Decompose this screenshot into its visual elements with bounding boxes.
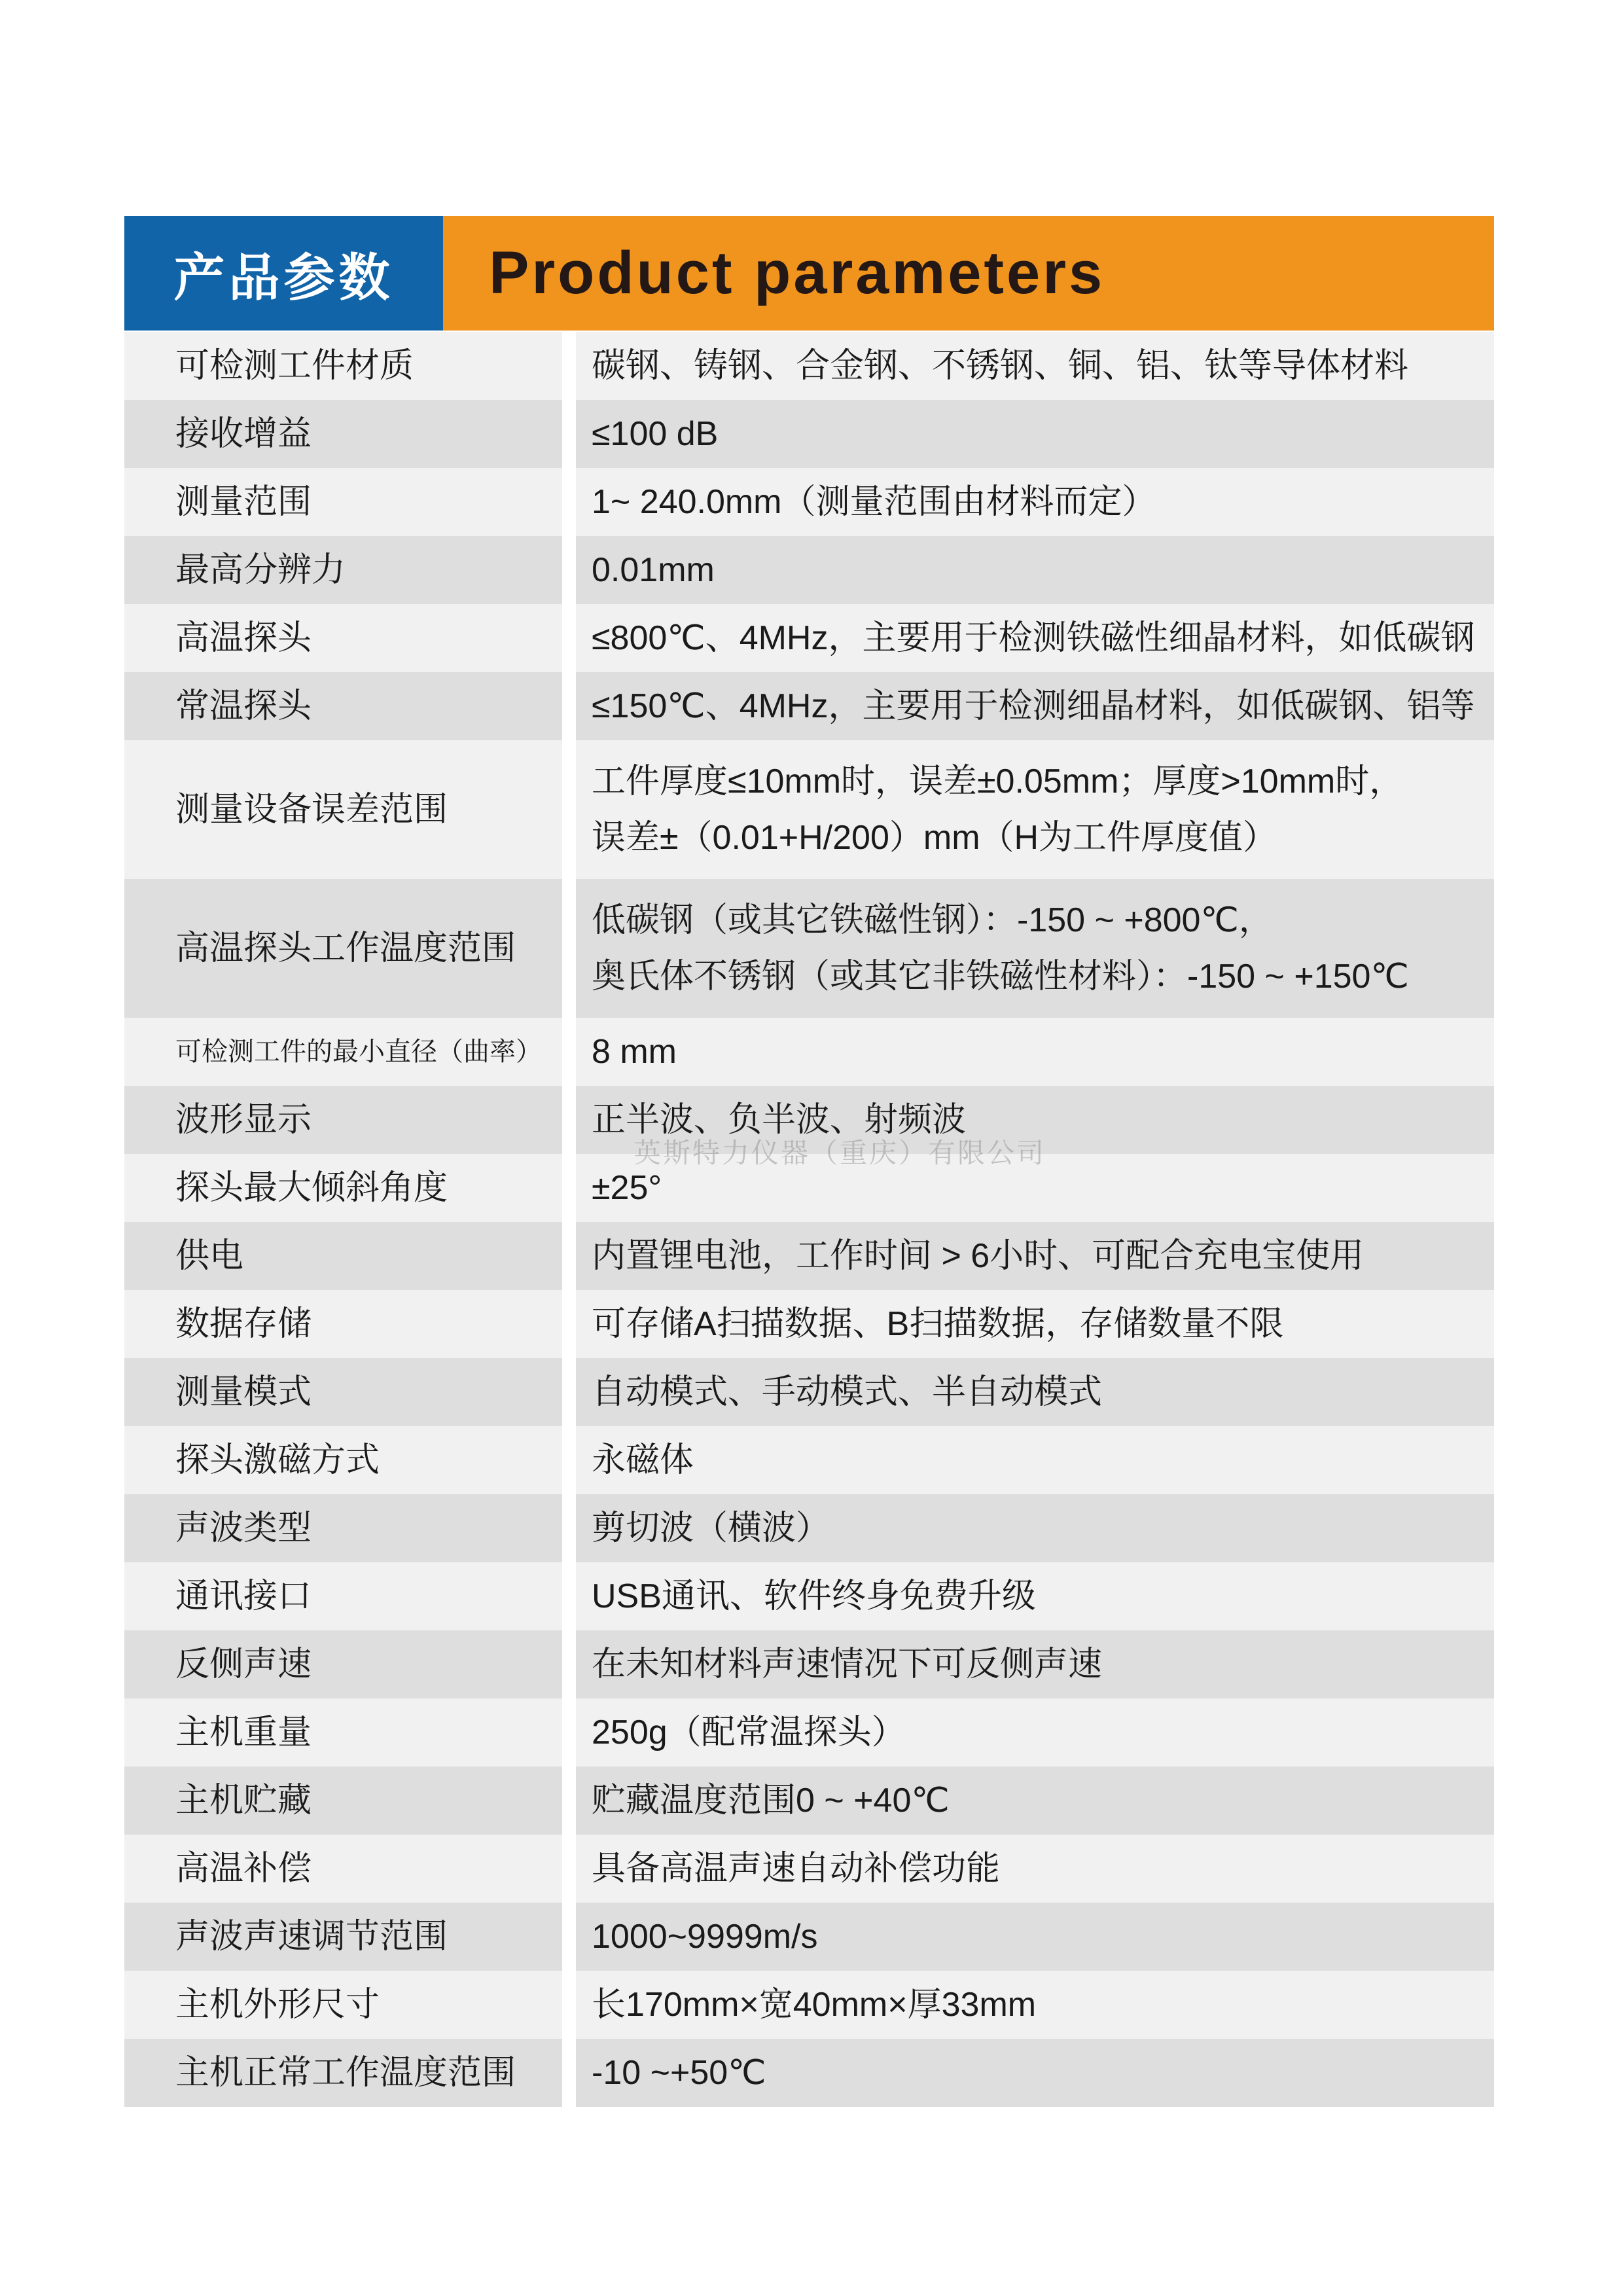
row-value: 在未知材料声速情况下可反侧声速: [592, 1645, 1488, 1684]
row-label: 通讯接口: [175, 1577, 562, 1616]
table-row: 接收增益 ≤100 dB: [124, 400, 1494, 468]
table-row: 高温补偿 具备高温声速自动补偿功能: [124, 1835, 1494, 1903]
row-label: 主机外形尺寸: [175, 1985, 562, 2024]
row-value: 贮藏温度范围0 ~ +40℃: [592, 1781, 1488, 1820]
table-row: 声波声速调节范围 1000~9999m/s: [124, 1903, 1494, 1971]
row-value-cell: ≤150℃、4MHz，主要用于检测细晶材料，如低碳钢、铝等: [576, 672, 1494, 740]
spec-sheet-page: { "page": { "title_cn": "产品参数", "title_e…: [0, 0, 1623, 2296]
row-value: 1~ 240.0mm（测量范围由材料而定）: [592, 482, 1488, 522]
row-value: 自动模式、手动模式、半自动模式: [592, 1372, 1488, 1412]
row-label: 反侧声速: [175, 1645, 562, 1684]
row-label: 探头激磁方式: [175, 1441, 562, 1480]
table-row: 声波类型 剪切波（横波）: [124, 1494, 1494, 1562]
row-value-cell: 自动模式、手动模式、半自动模式: [576, 1358, 1494, 1426]
row-value: 250g（配常温探头）: [592, 1713, 1488, 1752]
table-row: 探头最大倾斜角度 ±25°: [124, 1154, 1494, 1222]
page-title-en: Product parameters: [443, 216, 1494, 331]
row-value-cell: 1000~9999m/s: [576, 1903, 1494, 1971]
row-value: 1000~9999m/s: [592, 1917, 1488, 1956]
row-value: -10 ~+50℃: [592, 2053, 1488, 2092]
row-label: 可检测工件材质: [175, 346, 562, 386]
row-label-cell: 声波声速调节范围: [124, 1903, 562, 1971]
table-row: 测量设备误差范围 工件厚度≤10mm时，误差±0.05mm；厚度>10mm时，误…: [124, 740, 1494, 879]
table-row: 主机外形尺寸 长170mm×宽40mm×厚33mm: [124, 1971, 1494, 2039]
row-value-cell: 正半波、负半波、射频波: [576, 1086, 1494, 1154]
row-value-cell: 低碳钢（或其它铁磁性钢）：-150 ~ +800℃，奥氏体不锈钢（或其它非铁磁性…: [576, 879, 1494, 1018]
row-label: 声波类型: [175, 1509, 562, 1548]
row-label-cell: 高温探头工作温度范围: [124, 879, 562, 1018]
row-value-cell: ±25°: [576, 1154, 1494, 1222]
row-value: 具备高温声速自动补偿功能: [592, 1849, 1488, 1888]
row-value-line: 低碳钢（或其它铁磁性钢）：-150 ~ +800℃，: [592, 892, 1488, 948]
row-label: 最高分辨力: [175, 550, 562, 590]
row-label-cell: 测量模式: [124, 1358, 562, 1426]
row-value-cell: 在未知材料声速情况下可反侧声速: [576, 1630, 1494, 1698]
table-row: 探头激磁方式 永磁体: [124, 1426, 1494, 1494]
row-label-cell: 通讯接口: [124, 1562, 562, 1630]
row-value: 永磁体: [592, 1441, 1488, 1480]
row-value-cell: 具备高温声速自动补偿功能: [576, 1835, 1494, 1903]
row-label: 高温补偿: [175, 1849, 562, 1888]
row-label: 常温探头: [175, 687, 562, 726]
row-value-line: 奥氏体不锈钢（或其它非铁磁性材料）：-150 ~ +150℃: [592, 948, 1488, 1005]
table-row: 可检测工件材质 碳钢、铸钢、合金钢、不锈钢、铜、铝、钛等导体材料: [124, 332, 1494, 400]
spec-table: 可检测工件材质 碳钢、铸钢、合金钢、不锈钢、铜、铝、钛等导体材料 接收增益 ≤1…: [124, 332, 1494, 2107]
row-value-cell: 贮藏温度范围0 ~ +40℃: [576, 1767, 1494, 1835]
row-label-cell: 常温探头: [124, 672, 562, 740]
row-label: 波形显示: [175, 1100, 562, 1139]
row-value-cell: 剪切波（横波）: [576, 1494, 1494, 1562]
table-row: 主机正常工作温度范围 -10 ~+50℃: [124, 2039, 1494, 2107]
row-label: 高温探头工作温度范围: [175, 929, 562, 968]
table-row: 波形显示 正半波、负半波、射频波: [124, 1086, 1494, 1154]
row-label-cell: 高温补偿: [124, 1835, 562, 1903]
row-label-cell: 接收增益: [124, 400, 562, 468]
row-label-cell: 可检测工件材质: [124, 332, 562, 400]
row-value-cell: USB通讯、软件终身免费升级: [576, 1562, 1494, 1630]
row-label-cell: 波形显示: [124, 1086, 562, 1154]
row-value: ≤100 dB: [592, 414, 1488, 454]
row-label-cell: 主机正常工作温度范围: [124, 2039, 562, 2107]
row-label-cell: 主机外形尺寸: [124, 1971, 562, 2039]
row-label-cell: 主机重量: [124, 1698, 562, 1767]
row-value-line: 工件厚度≤10mm时，误差±0.05mm；厚度>10mm时，: [592, 753, 1488, 810]
row-value: 正半波、负半波、射频波: [592, 1100, 1488, 1139]
row-value-cell: 永磁体: [576, 1426, 1494, 1494]
row-label: 测量模式: [175, 1372, 562, 1412]
row-value-line: 误差±（0.01+H/200）mm（H为工件厚度值）: [592, 810, 1488, 866]
row-value-cell: -10 ~+50℃: [576, 2039, 1494, 2107]
table-row: 可检测工件的最小直径（曲率） 8 mm: [124, 1018, 1494, 1086]
row-value-cell: 1~ 240.0mm（测量范围由材料而定）: [576, 468, 1494, 536]
row-value: 长170mm×宽40mm×厚33mm: [592, 1985, 1488, 2024]
row-label-cell: 主机贮藏: [124, 1767, 562, 1835]
row-value: 内置锂电池，工作时间 > 6小时、可配合充电宝使用: [592, 1236, 1488, 1276]
row-label-cell: 反侧声速: [124, 1630, 562, 1698]
row-label: 主机贮藏: [175, 1781, 562, 1820]
row-label-cell: 可检测工件的最小直径（曲率）: [124, 1018, 562, 1086]
row-label: 主机正常工作温度范围: [175, 2053, 562, 2092]
row-label-cell: 最高分辨力: [124, 536, 562, 604]
table-row: 最高分辨力 0.01mm: [124, 536, 1494, 604]
row-label: 主机重量: [175, 1713, 562, 1752]
row-value-cell: 碳钢、铸钢、合金钢、不锈钢、铜、铝、钛等导体材料: [576, 332, 1494, 400]
table-row: 通讯接口 USB通讯、软件终身免费升级: [124, 1562, 1494, 1630]
row-value: 8 mm: [592, 1032, 1488, 1071]
row-label-cell: 探头最大倾斜角度: [124, 1154, 562, 1222]
table-row: 测量模式 自动模式、手动模式、半自动模式: [124, 1358, 1494, 1426]
table-row: 高温探头 ≤800℃、4MHz，主要用于检测铁磁性细晶材料，如低碳钢: [124, 604, 1494, 672]
table-row: 高温探头工作温度范围 低碳钢（或其它铁磁性钢）：-150 ~ +800℃，奥氏体…: [124, 879, 1494, 1018]
row-value-cell: 工件厚度≤10mm时，误差±0.05mm；厚度>10mm时，误差±（0.01+H…: [576, 740, 1494, 879]
header-banner: 产品参数 Product parameters: [124, 216, 1494, 331]
page-title-cn: 产品参数: [124, 216, 443, 331]
row-label-cell: 测量设备误差范围: [124, 740, 562, 879]
row-value: ≤150℃、4MHz，主要用于检测细晶材料，如低碳钢、铝等: [592, 687, 1488, 726]
row-value-cell: 0.01mm: [576, 536, 1494, 604]
row-label-cell: 声波类型: [124, 1494, 562, 1562]
table-row: 主机重量 250g（配常温探头）: [124, 1698, 1494, 1767]
row-label: 可检测工件的最小直径（曲率）: [175, 1032, 562, 1071]
row-label-cell: 探头激磁方式: [124, 1426, 562, 1494]
table-row: 测量范围 1~ 240.0mm（测量范围由材料而定）: [124, 468, 1494, 536]
row-label: 探头最大倾斜角度: [175, 1168, 562, 1208]
table-row: 供电 内置锂电池，工作时间 > 6小时、可配合充电宝使用: [124, 1222, 1494, 1290]
row-label: 供电: [175, 1236, 562, 1276]
row-value-cell: 内置锂电池，工作时间 > 6小时、可配合充电宝使用: [576, 1222, 1494, 1290]
row-label: 测量范围: [175, 482, 562, 522]
row-value: ±25°: [592, 1168, 1488, 1208]
table-row: 主机贮藏 贮藏温度范围0 ~ +40℃: [124, 1767, 1494, 1835]
row-label-cell: 数据存储: [124, 1290, 562, 1358]
row-value-cell: ≤800℃、4MHz，主要用于检测铁磁性细晶材料，如低碳钢: [576, 604, 1494, 672]
row-label: 高温探头: [175, 619, 562, 658]
table-row: 反侧声速 在未知材料声速情况下可反侧声速: [124, 1630, 1494, 1698]
row-label-cell: 测量范围: [124, 468, 562, 536]
row-value: 可存储A扫描数据、B扫描数据，存储数量不限: [592, 1304, 1488, 1344]
row-value-cell: 8 mm: [576, 1018, 1494, 1086]
row-label: 声波声速调节范围: [175, 1917, 562, 1956]
row-label: 数据存储: [175, 1304, 562, 1344]
row-label-cell: 高温探头: [124, 604, 562, 672]
row-value-cell: 可存储A扫描数据、B扫描数据，存储数量不限: [576, 1290, 1494, 1358]
row-value-cell: 长170mm×宽40mm×厚33mm: [576, 1971, 1494, 2039]
table-row: 数据存储 可存储A扫描数据、B扫描数据，存储数量不限: [124, 1290, 1494, 1358]
row-value-cell: 250g（配常温探头）: [576, 1698, 1494, 1767]
row-label: 接收增益: [175, 414, 562, 454]
table-row: 常温探头 ≤150℃、4MHz，主要用于检测细晶材料，如低碳钢、铝等: [124, 672, 1494, 740]
row-value-cell: ≤100 dB: [576, 400, 1494, 468]
row-value: ≤800℃、4MHz，主要用于检测铁磁性细晶材料，如低碳钢: [592, 619, 1488, 658]
row-value: 剪切波（横波）: [592, 1509, 1488, 1548]
row-value: 碳钢、铸钢、合金钢、不锈钢、铜、铝、钛等导体材料: [592, 346, 1488, 386]
row-label-cell: 供电: [124, 1222, 562, 1290]
row-label: 测量设备误差范围: [175, 790, 562, 829]
row-value: USB通讯、软件终身免费升级: [592, 1577, 1488, 1616]
row-value: 0.01mm: [592, 550, 1488, 590]
